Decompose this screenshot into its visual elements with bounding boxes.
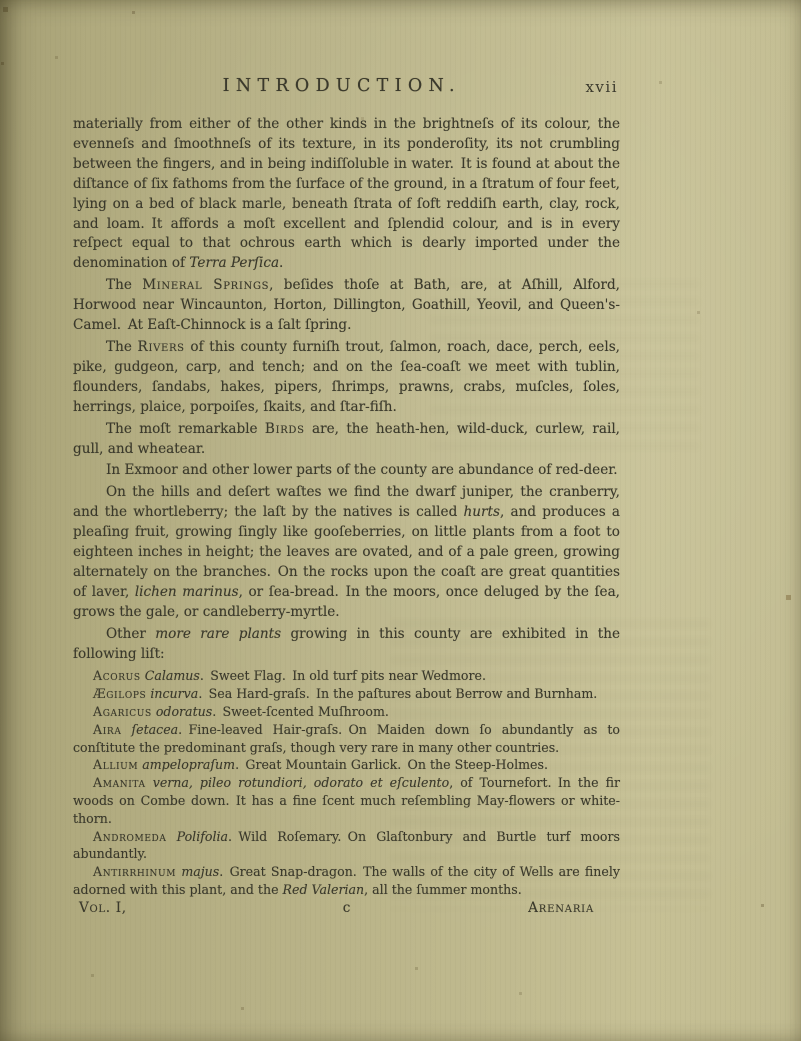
small-caps-text: Mineral Springs xyxy=(142,277,269,293)
text-segment xyxy=(146,775,153,790)
italic-text: incurva xyxy=(150,686,198,701)
paragraph: On the hills and deſert waſtes we find t… xyxy=(73,483,620,622)
text-segment: Other xyxy=(106,626,155,642)
italic-text: majus xyxy=(181,864,219,879)
plant-entry: Aira ſetacea. Fine-leaved Hair-graſs. On… xyxy=(73,721,620,757)
text-column: INTRODUCTION. xvii materially from eithe… xyxy=(73,0,620,899)
paragraph: materially from either of the other kind… xyxy=(73,115,620,274)
text-segment: In Exmoor and other lower parts of the c… xyxy=(106,462,618,478)
page-title: INTRODUCTION. xyxy=(223,76,461,96)
italic-text: Polifolia xyxy=(177,829,228,844)
paragraph: The Mineral Springs, beſides thoſe at Ba… xyxy=(73,276,620,336)
text-segment: materially from either of the other kind… xyxy=(73,116,620,271)
plant-entry: Amanita verna, pileo rotundiori, odorato… xyxy=(73,774,620,827)
text-segment: . Sea Hard-graſs. In the paſtures about … xyxy=(198,686,597,701)
catchword: Arenaria xyxy=(528,900,594,916)
text-segment: The xyxy=(106,339,138,355)
text-segment: . xyxy=(279,255,283,271)
paragraph: The moſt remarkable Birds are, the heath… xyxy=(73,420,620,460)
text-segment: . Sweet Flag. In old turf pits near Wedm… xyxy=(200,668,486,683)
italic-text: verna, pileo rotundiori, odorato et eſcu… xyxy=(153,775,450,790)
italic-text: Red Valerian xyxy=(283,882,365,897)
text-segment: The xyxy=(106,277,142,293)
italic-text: more rare plants xyxy=(155,626,281,642)
plant-entry: Agaricus odoratus. Sweet-ſcented Muſhroo… xyxy=(73,703,620,721)
page-number: xvii xyxy=(585,78,618,96)
paragraph: The Rivers of this county furniſh trout,… xyxy=(73,338,620,418)
plant-entry: Acorus Calamus. Sweet Flag. In old turf … xyxy=(73,667,620,685)
italic-text: Terra Perſica xyxy=(189,255,279,271)
text-segment: The moſt remarkable xyxy=(106,421,265,437)
scanned-book-page: INTRODUCTION. xvii materially from eithe… xyxy=(0,0,801,1041)
paper-speckles xyxy=(0,0,1,1)
small-caps-text: Allium xyxy=(93,757,138,772)
italic-text: ampelopraſum xyxy=(142,757,235,772)
paragraph: Other more rare plants growing in this c… xyxy=(73,625,620,665)
plant-entry: Antirrhinum majus. Great Snap-dragon. Th… xyxy=(73,863,620,899)
italic-text: odoratus xyxy=(156,704,212,719)
small-caps-text: Birds xyxy=(265,421,305,437)
italic-text: hurts xyxy=(463,504,499,520)
small-caps-text: Antirrhinum xyxy=(93,864,176,879)
paragraph: In Exmoor and other lower parts of the c… xyxy=(73,461,620,481)
running-header: INTRODUCTION. xvii xyxy=(73,76,620,100)
rare-plants-list: Acorus Calamus. Sweet Flag. In old turf … xyxy=(73,667,620,898)
body-text: materially from either of the other kind… xyxy=(73,115,620,664)
text-segment xyxy=(167,829,177,844)
text-segment: . Sweet-ſcented Muſhroom. xyxy=(212,704,389,719)
italic-text: ſetacea xyxy=(131,722,178,737)
small-caps-text: Acorus xyxy=(93,668,141,683)
small-caps-text: Ægilops xyxy=(93,686,146,701)
small-caps-text: Aira xyxy=(93,722,121,737)
text-segment: , all the ſummer months. xyxy=(364,882,522,897)
italic-text: Calamus xyxy=(145,668,200,683)
plant-entry: Allium ampelopraſum. Great Mountain Garl… xyxy=(73,756,620,774)
italic-text: lichen marinus xyxy=(135,584,239,600)
plant-entry: Andromeda Polifolia. Wild Roſemary. On G… xyxy=(73,828,620,864)
text-segment: . Great Mountain Garlick. On the Steep-H… xyxy=(235,757,548,772)
plant-entry: Ægilops incurva. Sea Hard-graſs. In the … xyxy=(73,685,620,703)
signature-mark: c xyxy=(343,900,351,916)
volume-label: Vol. I, xyxy=(79,900,127,916)
small-caps-text: Rivers xyxy=(138,339,185,355)
text-segment xyxy=(121,722,131,737)
small-caps-text: Amanita xyxy=(93,775,146,790)
small-caps-text: Agaricus xyxy=(93,704,152,719)
small-caps-text: Andromeda xyxy=(93,829,167,844)
